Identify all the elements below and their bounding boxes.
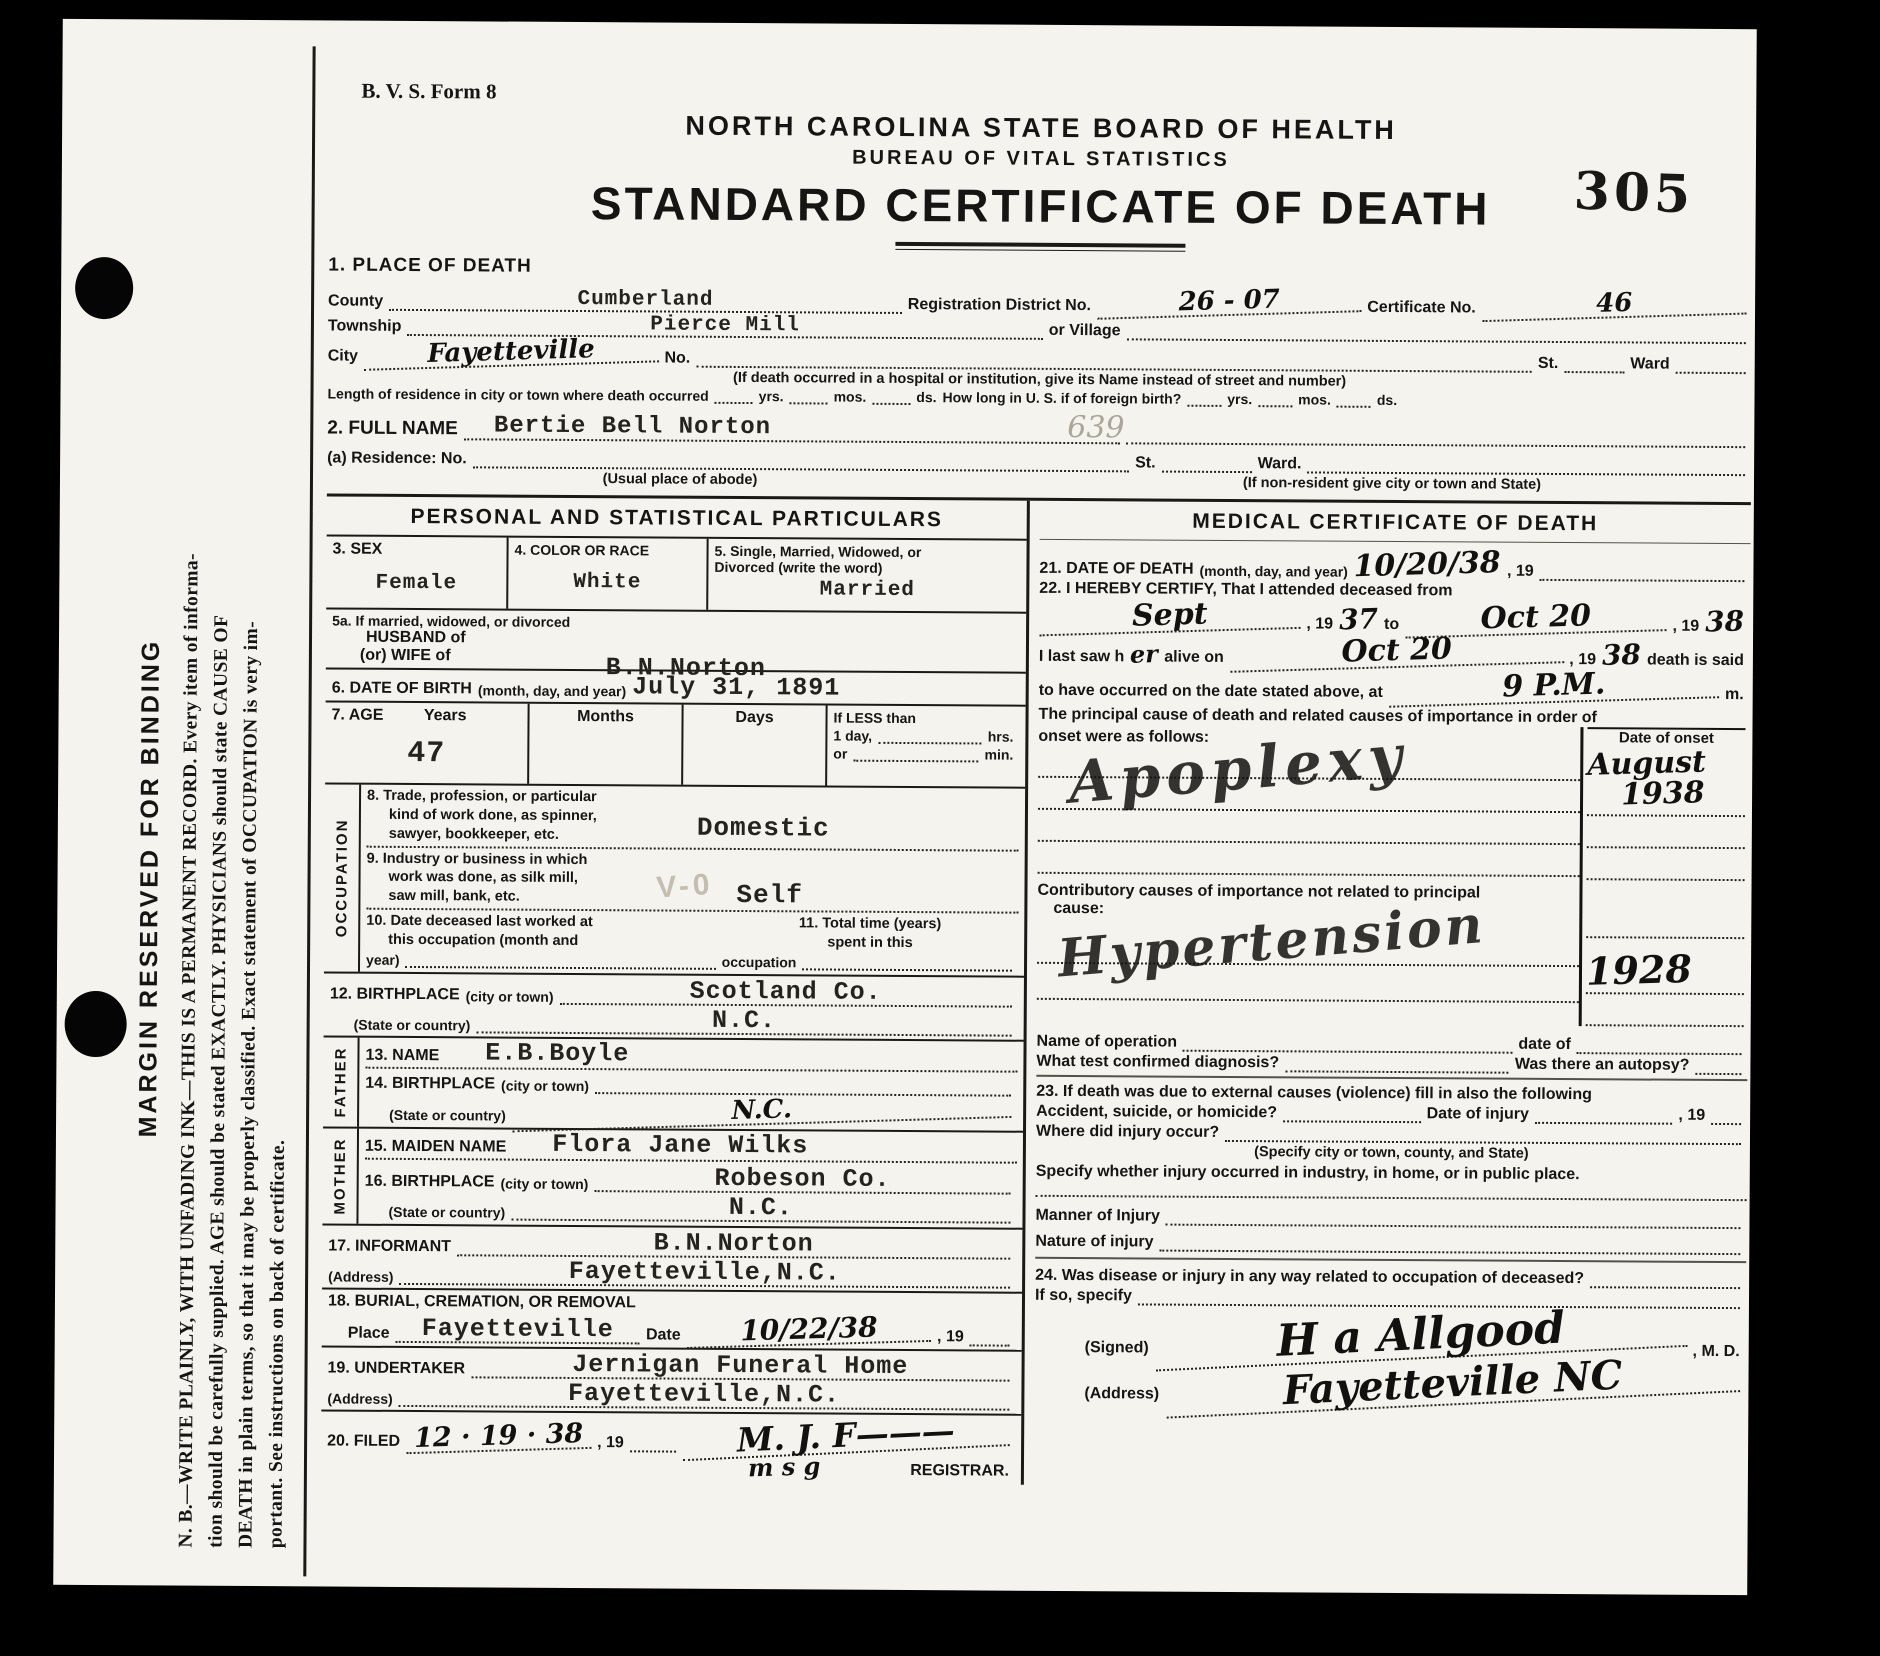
birthplace-state-value: N.C.: [476, 1006, 1011, 1036]
principal-cause-block: The principal cause of death and related…: [1037, 706, 1750, 1027]
year-paren: year): [366, 951, 400, 967]
registrar-signature: M. J. F———: [681, 1411, 1010, 1461]
registration-district-label: Registration District No.: [908, 296, 1091, 315]
operation-date-blank: [1577, 1048, 1742, 1055]
father-name-row: 13. NAME E.B.Boyle: [365, 1039, 1017, 1072]
last-saw-label-2: alive on: [1164, 649, 1224, 667]
min-blank: [853, 756, 978, 763]
certify-19b: , 19: [1672, 618, 1699, 636]
marital-label-1: 5. Single, Married, Widowed, or: [715, 543, 1021, 561]
occurred-at-label: to have occurred on the date stated abov…: [1039, 682, 1383, 702]
filed-label: 20. FILED: [327, 1432, 400, 1450]
burial-label: 18. BURIAL, CREMATION, OR REMOVAL: [328, 1292, 1016, 1314]
total-time-label: 11. Total time (years)spent in this occu…: [722, 914, 1019, 973]
onset-line-3: [1587, 848, 1745, 881]
father-state-row: (State or country) N.C.: [365, 1094, 1017, 1126]
informant-row: 17. INFORMANT B.N.Norton (Address) Fayet…: [322, 1225, 1022, 1293]
dob-label: 6. DATE OF BIRTH: [332, 679, 472, 698]
form-number: B. V. S. Form 8: [361, 79, 496, 105]
mother-state-row: (State or country) N.C.: [364, 1192, 1016, 1223]
date-of-death-paren: (month, day, and year): [1199, 563, 1347, 580]
full-name-value: Bertie Bell Norton: [464, 414, 1121, 444]
father-name-value: E.B.Boyle: [485, 1040, 629, 1066]
mos-blank-2: [1258, 401, 1292, 407]
dob-row: 6. DATE OF BIRTH (month, day, and year) …: [326, 669, 1026, 706]
autopsy-label: Was there an autopsy?: [1515, 1056, 1690, 1075]
trade-row: 8. Trade, profession, or particularkind …: [367, 787, 1019, 852]
manner-blank: [1166, 1220, 1741, 1230]
sex-race-marital-row: 3. SEX Female 4. COLOR OR RACE White 5. …: [326, 536, 1026, 613]
personal-header: PERSONAL AND STATISTICAL PARTICULARS: [327, 496, 1027, 540]
sex-value: Female: [332, 572, 500, 594]
residence-label: (a) Residence: No.: [327, 449, 467, 468]
mother-block: MOTHER 15. MAIDEN NAME Flora Jane Wilks …: [322, 1128, 1023, 1229]
city-ward-blank: [1676, 368, 1746, 374]
signed-address-label: (Address): [1034, 1385, 1159, 1404]
margin-note-line-4: portant. See instructions on back of cer…: [265, 1140, 289, 1549]
nature-blank: [1160, 1246, 1741, 1256]
ds-label-2: ds.: [1377, 392, 1397, 408]
date-of-death-19: , 19: [1507, 563, 1534, 581]
age-months-cell: Months: [527, 704, 681, 785]
less-than-label-1: If LESS than: [833, 710, 1019, 727]
mother-birthplace-row: 16. BIRTHPLACE (city or town) Robeson Co…: [365, 1163, 1017, 1194]
industry-value: Self: [736, 882, 803, 908]
accident-blank: [1283, 1116, 1421, 1123]
form-header: NORTH CAROLINA STATE BOARD OF HEALTH BUR…: [328, 46, 1753, 255]
related-occupation-label: 24. Was disease or injury in any way rel…: [1035, 1267, 1584, 1288]
margin-binding-text: MARGIN RESERVED FOR BINDING: [134, 639, 166, 1138]
birthplace-value: Scotland Co.: [559, 978, 1011, 1008]
certificate-no-value: 46: [1481, 287, 1746, 323]
city-value: Fayetteville: [364, 334, 659, 370]
foreign-birth-label: How long in U. S. if of foreign birth?: [942, 389, 1181, 406]
date-of-onset-header: Date of onset: [1587, 727, 1745, 747]
trade-value: Domestic: [697, 815, 830, 842]
father-birthplace-label: 14. BIRTHPLACE: [365, 1074, 495, 1093]
mother-birthplace-paren: (city or town): [500, 1175, 588, 1192]
injury-19: , 19: [1678, 1107, 1705, 1125]
marital-label-2: Divorced (write the word): [714, 559, 1020, 577]
birthplace-paren: (city or town): [466, 988, 554, 1005]
if-so-label: If so, specify: [1035, 1287, 1132, 1306]
undertaker-value: Jernigan Funeral Home: [471, 1351, 1010, 1381]
filed-note: m s g: [748, 1454, 821, 1480]
onset-line-4: [1586, 880, 1744, 939]
signed-label: (Signed): [1035, 1339, 1149, 1358]
certify-to: to: [1384, 616, 1399, 634]
external-causes-label: 23. If death was due to external causes …: [1036, 1083, 1747, 1105]
sex-label: 3. SEX: [333, 540, 501, 559]
mos-label-1: mos.: [834, 389, 867, 405]
years-header: Years: [424, 707, 467, 724]
certify-block: 22. I HEREBY CERTIFY, That I attended de…: [1039, 580, 1751, 704]
mother-vertical-label: MOTHER: [322, 1128, 359, 1223]
burial-date-value: 10/22/38: [686, 1312, 931, 1349]
onset-line-2: [1587, 816, 1745, 849]
related-occupation-row: 24. Was disease or injury in any way rel…: [1035, 1267, 1746, 1289]
sex-cell: 3. SEX Female: [326, 536, 506, 608]
occupation-block: OCCUPATION 8. Trade, profession, or part…: [324, 784, 1025, 977]
ds-blank-1: [872, 399, 910, 405]
title-rule: [895, 242, 1185, 252]
total-time-blank: [802, 964, 1012, 971]
meridiem-label: m.: [1725, 686, 1744, 704]
burial-19-blank: [970, 1340, 1010, 1346]
birthplace-state-label: (State or country): [330, 1016, 471, 1033]
spouse-row: 5a. If married, widowed, or divorced HUS…: [326, 609, 1026, 673]
certificate-no-label: Certificate No.: [1367, 299, 1476, 318]
informant-value: B.N.Norton: [457, 1229, 1010, 1259]
mother-birthplace-value: Robeson Co.: [594, 1165, 1010, 1195]
last-saw-her: er: [1130, 642, 1159, 667]
time-of-death-value: 9 P.M.: [1388, 666, 1719, 707]
residence-ward-blank: [1307, 467, 1745, 476]
occupation-relation-block: 24. Was disease or injury in any way rel…: [1034, 1257, 1746, 1407]
age-days-cell: Days: [681, 705, 825, 786]
registrar-label: REGISTRAR.: [910, 1462, 1009, 1481]
race-cell: 4. COLOR OR RACE White: [506, 538, 706, 610]
date-of-onset-column: Date of onset August 1938 1928: [1579, 727, 1750, 1027]
age-years-cell: 7. AGE Years 47: [325, 702, 527, 783]
bureau-title: BUREAU OF VITAL STATISTICS: [329, 143, 1753, 175]
county-label: County: [328, 292, 383, 310]
burial-place-value: Fayetteville: [396, 1316, 641, 1344]
dob-value: July 31, 1891: [632, 674, 840, 700]
months-header: Months: [577, 708, 634, 725]
last-saw-label-1: I last saw h: [1039, 648, 1124, 667]
father-vertical-text: FATHER: [332, 1046, 349, 1117]
form-columns: PERSONAL AND STATISTICAL PARTICULARS 3. …: [321, 493, 1751, 1488]
yrs-blank-2: [1187, 401, 1221, 407]
operation-row: Name of operation date of: [1037, 1033, 1748, 1055]
board-title: NORTH CAROLINA STATE BOARD OF HEALTH: [329, 46, 1754, 148]
manner-label: Manner of Injury: [1035, 1207, 1160, 1226]
medical-header: MEDICAL CERTIFICATE OF DEATH: [1040, 501, 1751, 544]
signed-address-row: (Address) Fayetteville NC: [1034, 1361, 1745, 1407]
mother-name-row: 15. MAIDEN NAME Flora Jane Wilks: [365, 1130, 1017, 1163]
age-less-cell: If LESS than 1 day, hrs. or min.: [825, 706, 1025, 787]
principal-cause-area: onset were as follows: Apoplexy Contribu…: [1037, 724, 1581, 1026]
township-label: Township: [328, 317, 402, 335]
contributory-onset-year: 1928: [1586, 948, 1745, 991]
father-vertical-label: FATHER: [323, 1037, 360, 1126]
hrs-label: hrs.: [988, 729, 1014, 745]
burial-row: 18. BURIAL, CREMATION, OR REMOVAL Place …: [322, 1289, 1022, 1351]
race-label: 4. COLOR OR RACE: [515, 542, 701, 559]
city-st-blank: [1564, 367, 1624, 373]
birthplace-row: 12. BIRTHPLACE (city or town) Scotland C…: [324, 973, 1024, 1041]
county-value: Cumberland: [389, 288, 902, 314]
last-worked-row: 10. Date deceased last worked atthis occ…: [366, 912, 1018, 974]
residence-st-blank: [1162, 467, 1252, 474]
father-block: FATHER 13. NAME E.B.Boyle 14. BIRTHPLACE…: [323, 1037, 1024, 1132]
yrs-label-2: yrs.: [1227, 391, 1252, 407]
undertaker-row: 19. UNDERTAKER Jernigan Funeral Home (Ad…: [321, 1347, 1021, 1415]
attended-to-year: 38: [1705, 607, 1745, 636]
attended-from-value: Sept: [1039, 597, 1301, 637]
age-label: 7. AGE: [331, 706, 383, 723]
less-than-label-2: 1 day,: [833, 728, 872, 744]
autopsy-blank: [1695, 1069, 1741, 1075]
mother-name-label: 15. MAIDEN NAME: [365, 1137, 506, 1156]
full-name-row: 2. FULL NAME Bertie Bell Norton 639: [327, 413, 1751, 448]
medical-column: MEDICAL CERTIFICATE OF DEATH 21. DATE OF…: [1024, 501, 1751, 1489]
onset-year: 1938: [1621, 777, 1746, 811]
where-injury-label: Where did injury occur?: [1036, 1123, 1219, 1142]
margin-note-line-2: tion should be carefully supplied. AGE s…: [205, 615, 233, 1548]
full-name-label: 2. FULL NAME: [327, 417, 458, 440]
accident-row: Accident, suicide, or homicide? Date of …: [1036, 1103, 1747, 1125]
age-row: 7. AGE Years 47 Months Days If LESS than…: [325, 702, 1025, 788]
filed-19: , 19: [597, 1434, 624, 1452]
date-of-death-value: 10/20/38: [1354, 548, 1502, 582]
or-label: or: [833, 746, 847, 762]
specify-city-note: (Specify city or town, county, and State…: [1036, 1143, 1747, 1163]
nature-row: Nature of injury: [1035, 1233, 1746, 1255]
mother-name-value: Flora Jane Wilks: [552, 1132, 808, 1159]
dob-paren: (month, day, and year): [478, 682, 626, 699]
nonresident-note: (If non-resident give city or town and S…: [1039, 474, 1745, 494]
father-birthplace-paren: (city or town): [501, 1077, 589, 1094]
city-ward-label: Ward: [1630, 355, 1670, 373]
injury-date-label: Date of injury: [1427, 1105, 1529, 1124]
certify-line-2: Sept , 19 37 to Oct 20 , 19 38: [1039, 600, 1750, 636]
operation-blank: [1183, 1046, 1512, 1054]
operation-label: Name of operation: [1037, 1033, 1178, 1052]
punch-hole-bottom: [64, 991, 126, 1057]
specify-blank: [1036, 1181, 1747, 1201]
certificate-title: STANDARD CERTIFICATE OF DEATH: [329, 174, 1753, 237]
informant-label: 17. INFORMANT: [328, 1237, 451, 1256]
birthplace-label: 12. BIRTHPLACE: [330, 985, 460, 1004]
test-label: What test confirmed diagnosis?: [1036, 1053, 1279, 1072]
date-of-death-blank: [1540, 575, 1745, 582]
father-state-value: N.C.: [512, 1090, 1012, 1132]
date-of-death-label: 21. DATE OF DEATH: [1039, 560, 1193, 579]
accident-label: Accident, suicide, or homicide?: [1036, 1103, 1277, 1122]
last-worked-blank: [405, 962, 715, 970]
residence-length-label: Length of residence in city or town wher…: [327, 385, 708, 403]
yrs-label-1: yrs.: [759, 388, 784, 404]
certify-line-4: to have occurred on the date stated abov…: [1039, 668, 1750, 704]
undertaker-address-label: (Address): [327, 1390, 392, 1406]
nature-label: Nature of injury: [1035, 1233, 1153, 1252]
signed-row: (Signed) H a Allgood , M. D.: [1035, 1311, 1746, 1361]
cause-line-4: [1038, 842, 1580, 877]
ghost-stamp: V-0: [655, 867, 714, 905]
last-worked-label: 10. Date deceased last worked atthis occ…: [366, 912, 722, 972]
age-years-value: 47: [331, 738, 521, 769]
father-state-label: (State or country): [365, 1106, 506, 1123]
last-saw-value: Oct 20: [1229, 631, 1563, 673]
stamp-number: 305: [1573, 161, 1695, 226]
date-of-death-row: 21. DATE OF DEATH (month, day, and year)…: [1039, 548, 1750, 582]
residence-st-label: St.: [1135, 454, 1156, 472]
burial-date-label: Date: [646, 1326, 681, 1344]
external-causes-block: 23. If death was due to external causes …: [1035, 1075, 1747, 1255]
days-header: Days: [735, 709, 773, 726]
where-injury-row: Where did injury occur?: [1036, 1123, 1747, 1145]
hrs-blank: [878, 738, 982, 745]
test-blank: [1285, 1066, 1509, 1073]
injury-19-blank: [1711, 1119, 1741, 1125]
occupation-vertical-label: OCCUPATION: [324, 784, 361, 971]
abode-note: (Usual place of abode): [327, 469, 1033, 489]
filed-date-value: 12 · 19 · 38: [406, 1420, 592, 1454]
occupation-content: 8. Trade, profession, or particularkind …: [360, 785, 1025, 976]
marital-value: Married: [714, 579, 1020, 602]
mother-vertical-text: MOTHER: [331, 1137, 348, 1214]
informant-address-label: (Address): [328, 1268, 393, 1284]
margin-note-line-3: DEATH in plain terms, so that it may be …: [235, 621, 263, 1548]
punch-hole-top: [75, 257, 133, 319]
pencil-annotation: 639: [1067, 410, 1124, 445]
min-label: min.: [984, 746, 1013, 762]
street-no-label: No.: [664, 350, 690, 368]
mos-label-2: mos.: [1298, 391, 1331, 407]
occupation-word: occupation: [722, 954, 797, 970]
mos-blank-1: [790, 398, 828, 404]
certify-line-3: I last saw h er alive on Oct 20 , 19 38 …: [1039, 634, 1750, 670]
undertaker-address-value: Fayetteville,N.C.: [399, 1380, 1010, 1411]
mother-state-value: N.C.: [511, 1193, 1010, 1223]
race-value: White: [514, 572, 700, 594]
place-of-death-label: 1. PLACE OF DEATH: [328, 254, 1752, 285]
burial-19: , 19: [937, 1328, 964, 1346]
onset-line-6: [1586, 994, 1744, 1027]
full-name-blank: [1127, 438, 1746, 448]
test-row: What test confirmed diagnosis? Was there…: [1036, 1053, 1747, 1075]
injury-date-blank: [1535, 1118, 1673, 1125]
city-st-label: St.: [1538, 355, 1559, 373]
city-label: City: [328, 347, 358, 365]
undertaker-label: 19. UNDERTAKER: [328, 1359, 466, 1378]
certificate-paper: MARGIN RESERVED FOR BINDING N. B.—WRITE …: [53, 19, 1757, 1595]
father-name-label: 13. NAME: [365, 1046, 439, 1064]
filed-row: 20. FILED 12 · 19 · 38 , 19 M. J. F——— m…: [321, 1411, 1021, 1484]
ds-label-1: ds.: [916, 389, 936, 405]
industry-row: 9. Industry or business in whichwork was…: [366, 849, 1018, 914]
attended-from-year: 37: [1339, 605, 1379, 634]
margin-note-line-1: N. B.—WRITE PLAINLY, WITH UNFADING INK—T…: [175, 553, 203, 1548]
registration-district-value: 26 - 07: [1097, 284, 1362, 320]
informant-address-value: Fayetteville,N.C.: [399, 1258, 1010, 1289]
village-label: or Village: [1049, 322, 1121, 340]
occupation-vertical-text: OCCUPATION: [333, 819, 351, 938]
related-occupation-blank: [1590, 1282, 1740, 1289]
certificate-form: B. V. S. Form 8 305 NORTH CAROLINA STATE…: [303, 46, 1753, 1585]
personal-column: PERSONAL AND STATISTICAL PARTICULARS 3. …: [321, 496, 1030, 1484]
residence-ward-label: Ward.: [1258, 455, 1302, 473]
operation-date-label: date of: [1518, 1036, 1571, 1054]
manner-row: Manner of Injury: [1035, 1207, 1746, 1229]
contributory-line-2: cause: Hypertension: [1037, 900, 1579, 921]
filed-19-blank: [630, 1446, 676, 1452]
marital-cell: 5. Single, Married, Widowed, or Divorced…: [706, 539, 1026, 612]
trade-label: 8. Trade, profession, or particularkind …: [367, 787, 1019, 848]
last-saw-year: 38: [1602, 641, 1642, 670]
ds-blank-2: [1337, 402, 1371, 408]
mother-state-label: (State or country): [364, 1203, 505, 1220]
cause-line-3: [1038, 810, 1580, 845]
mother-birthplace-label: 16. BIRTHPLACE: [365, 1172, 495, 1191]
scanned-death-certificate: { "margin": { "binding": "MARGIN RESERVE…: [0, 0, 1880, 1656]
yrs-blank-1: [715, 398, 753, 404]
burial-place-label: Place: [328, 1324, 390, 1342]
certify-19a: , 19: [1306, 615, 1333, 633]
